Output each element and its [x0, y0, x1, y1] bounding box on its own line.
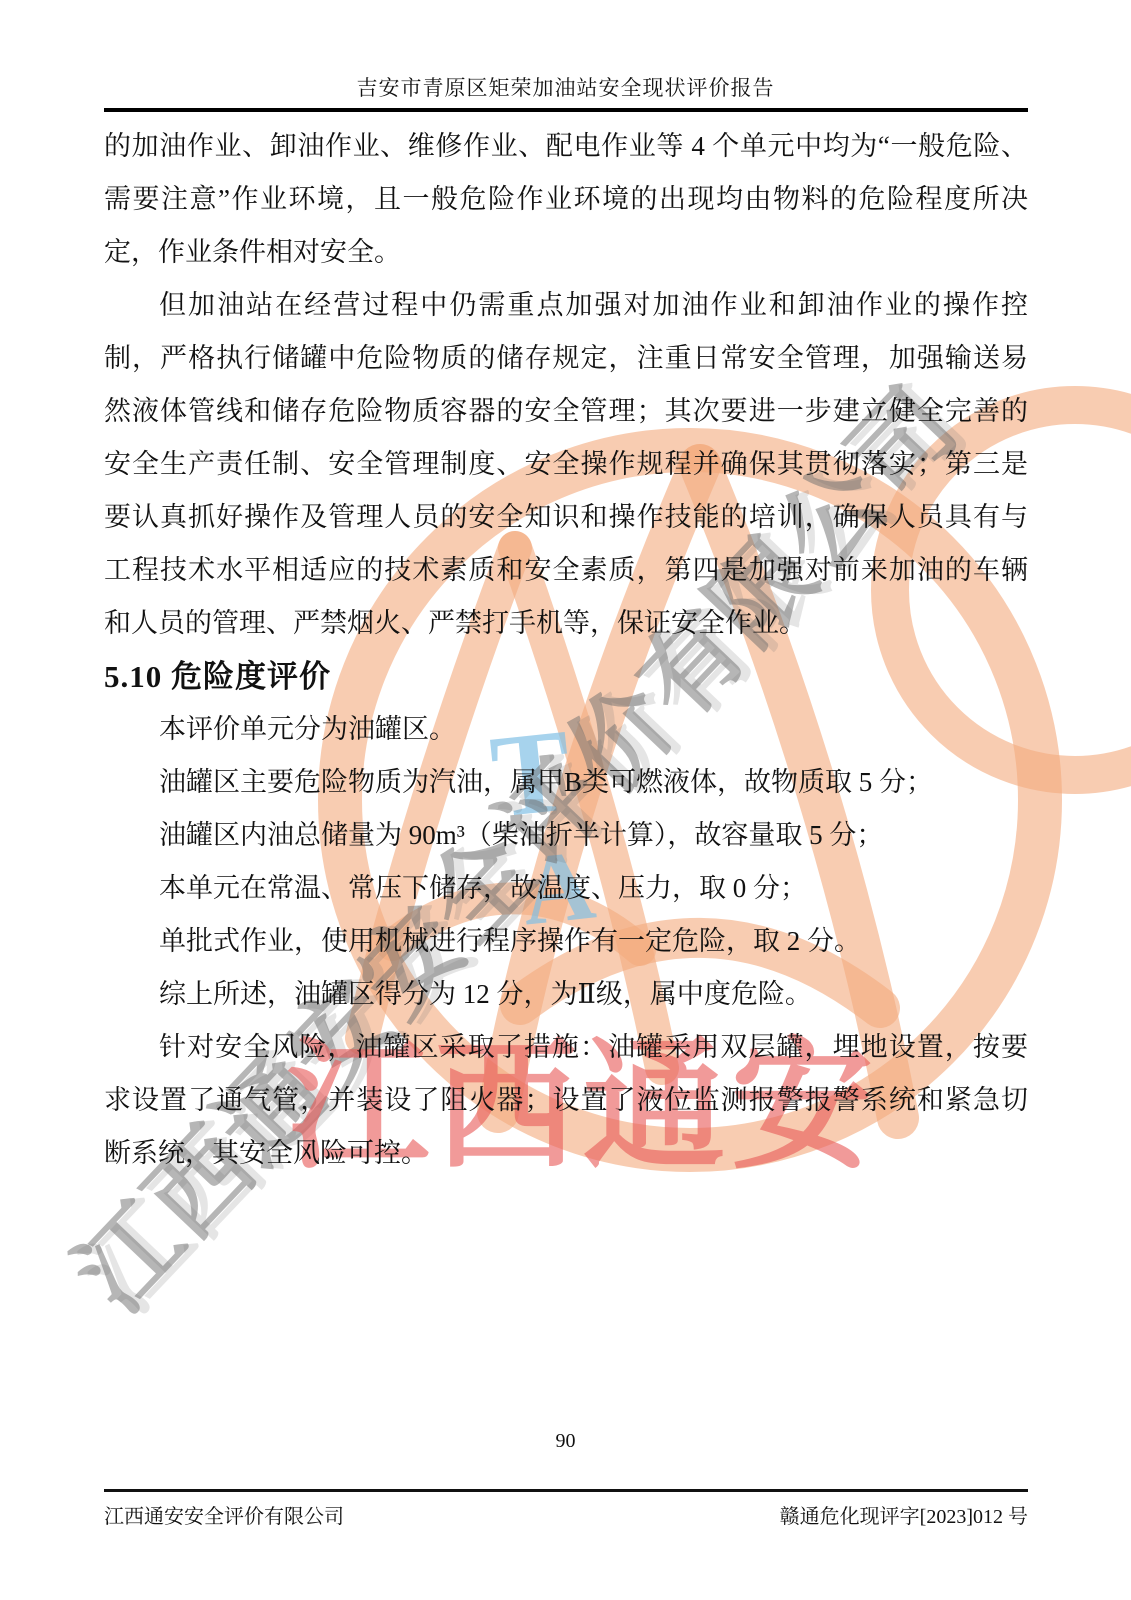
- footer-document-number: 赣通危化现评字[2023]012 号: [780, 1500, 1028, 1529]
- body-line: 工程技术水平相适应的技术素质和安全素质，第四是加强对前来加油的车辆: [104, 544, 1028, 597]
- footer-company-name: 江西通安安全评价有限公司: [104, 1500, 344, 1529]
- header-rule: [104, 108, 1028, 112]
- body-line: 单批式作业，使用机械进行程序操作有一定危险，取 2 分。: [104, 915, 1028, 968]
- body-line: 断系统，其安全风险可控。: [104, 1127, 1028, 1180]
- body-line: 然液体管线和储存危险物质容器的安全管理；其次要进一步建立健全完善的: [104, 385, 1028, 438]
- body-line: 综上所述，油罐区得分为 12 分，为Ⅱ级，属中度危险。: [104, 968, 1028, 1021]
- body-line: 定，作业条件相对安全。: [104, 226, 1028, 279]
- body-line: 的加油作业、卸油作业、维修作业、配电作业等 4 个单元中均为“一般危险、: [104, 120, 1028, 173]
- body-line: 本评价单元分为油罐区。: [104, 703, 1028, 756]
- body-line: 针对安全风险，油罐区采取了措施：油罐采用双层罐，埋地设置，按要: [104, 1021, 1028, 1074]
- body-line: 油罐区主要危险物质为汽油，属甲B类可燃液体，故物质取 5 分；: [104, 756, 1028, 809]
- document-page: T A 江西通安安全评价有限公司 江西通安 吉安市青原区矩荣加油站安全现状评价报…: [0, 0, 1131, 1600]
- document-body: 的加油作业、卸油作业、维修作业、配电作业等 4 个单元中均为“一般危险、需要注意…: [104, 120, 1028, 1180]
- body-line: 安全生产责任制、安全管理制度、安全操作规程并确保其贯彻落实；第三是: [104, 438, 1028, 491]
- page-number: 90: [0, 1430, 1131, 1453]
- body-line: 油罐区内油总储量为 90m³（柴油折半计算），故容量取 5 分；: [104, 809, 1028, 862]
- body-line: 求设置了通气管，并装设了阻火器；设置了液位监测报警报警系统和紧急切: [104, 1074, 1028, 1127]
- body-line: 和人员的管理、严禁烟火、严禁打手机等，保证安全作业。: [104, 597, 1028, 650]
- body-line: 需要注意”作业环境，且一般危险作业环境的出现均由物料的危险程度所决: [104, 173, 1028, 226]
- body-line: 但加油站在经营过程中仍需重点加强对加油作业和卸油作业的操作控: [104, 279, 1028, 332]
- section-heading: 5.10 危险度评价: [104, 650, 1028, 703]
- page-header-title: 吉安市青原区矩荣加油站安全现状评价报告: [0, 72, 1131, 102]
- body-line: 制，严格执行储罐中危险物质的储存规定，注重日常安全管理，加强输送易: [104, 332, 1028, 385]
- body-line: 要认真抓好操作及管理人员的安全知识和操作技能的培训，确保人员具有与: [104, 491, 1028, 544]
- footer-rule: [104, 1489, 1028, 1492]
- body-line: 本单元在常温、常压下储存，故温度、压力，取 0 分；: [104, 862, 1028, 915]
